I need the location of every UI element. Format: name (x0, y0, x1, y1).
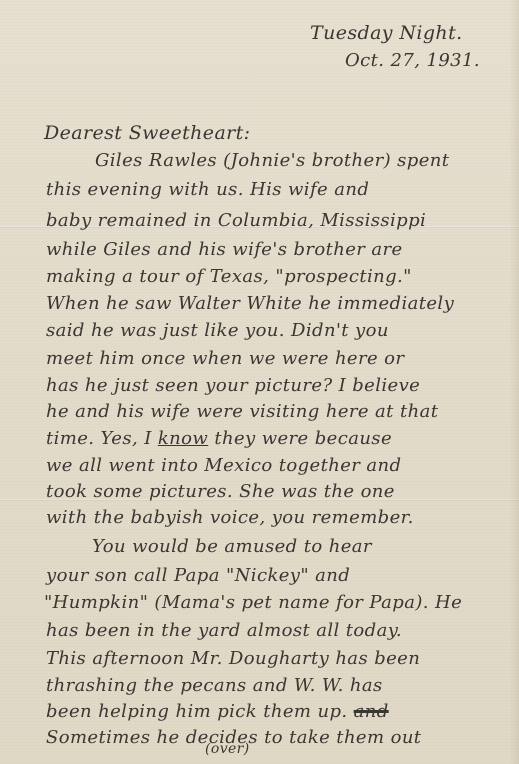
letter-day: Tuesday Night. (310, 22, 463, 44)
letter-line: your son call Papa "Nickey" and (46, 565, 350, 586)
letter-line: time. Yes, I know they were because (46, 428, 392, 449)
text-segment: they were because (208, 428, 392, 449)
letter-line: he and his wife were visiting here at th… (46, 401, 438, 422)
letter-line: meet him once when we were here or (46, 348, 404, 369)
letter-line: Giles Rawles (Johnie's brother) spent (95, 150, 449, 171)
letter-line: "Humpkin" (Mama's pet name for Papa). He (44, 592, 462, 613)
letter-line: making a tour of Texas, "prospecting." (46, 266, 412, 287)
letter-line: You would be amused to hear (92, 536, 372, 557)
letter-line: thrashing the pecans and W. W. has (46, 675, 383, 696)
page-continue-note: (over) (205, 741, 250, 757)
letter-line: This afternoon Mr. Dougharty has been (46, 648, 420, 669)
letter-line: with the babyish voice, you remember. (46, 507, 414, 528)
letter-line: took some pictures. She was the one (46, 481, 395, 502)
letter-page: Tuesday Night. Oct. 27, 1931. Dearest Sw… (0, 0, 519, 764)
letter-line: said he was just like you. Didn't you (46, 320, 389, 341)
letter-line: been helping him pick them up. and (46, 701, 389, 722)
text-segment: been helping him pick them up. (46, 701, 354, 722)
letter-salutation: Dearest Sweetheart: (44, 122, 251, 144)
letter-line: has he just seen your picture? I believe (46, 375, 420, 396)
paper-edge (509, 0, 519, 764)
letter-line: When he saw Walter White he immediately (46, 293, 454, 314)
letter-date: Oct. 27, 1931. (345, 50, 480, 71)
letter-line: while Giles and his wife's brother are (46, 239, 403, 260)
letter-line: has been in the yard almost all today. (46, 620, 402, 641)
letter-line: baby remained in Columbia, Mississippi (46, 210, 426, 231)
underlined-word: know (158, 428, 208, 449)
letter-line: we all went into Mexico together and (46, 455, 401, 476)
struck-word: and (354, 701, 389, 722)
text-segment: time. Yes, I (46, 428, 158, 449)
letter-line: this evening with us. His wife and (46, 179, 369, 200)
